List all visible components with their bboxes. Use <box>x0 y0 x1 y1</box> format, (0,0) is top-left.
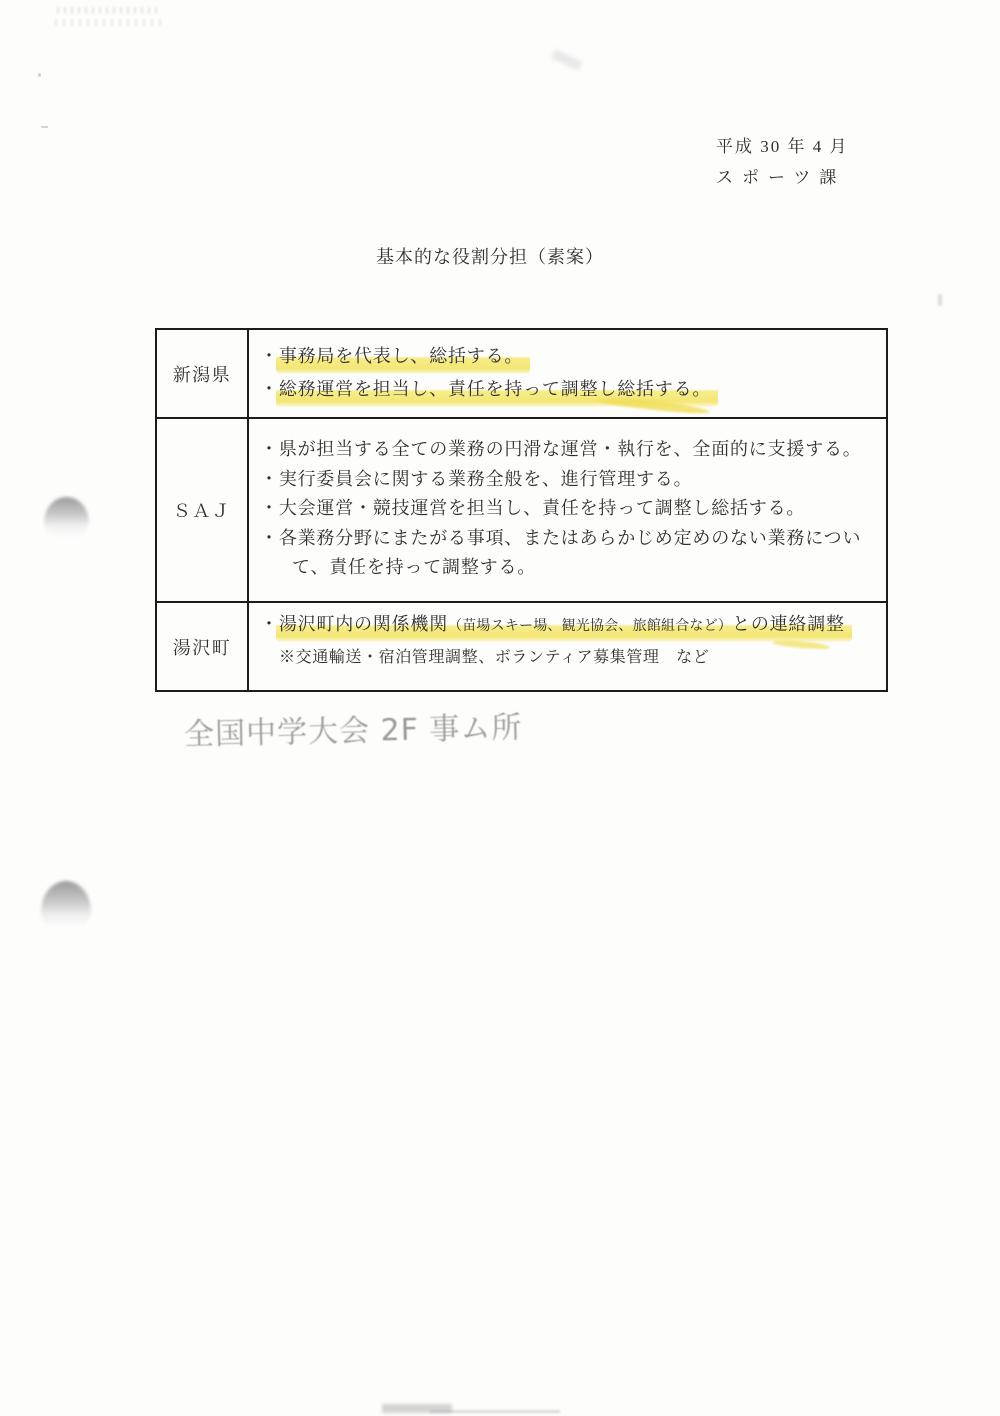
scan-smudge <box>938 294 942 306</box>
bullet-line: ・総務運営を担当し、責任を持って調整し総括する。 <box>260 373 876 406</box>
bullet-marker: ・ <box>260 528 279 548</box>
punch-hole-shadow <box>44 497 89 538</box>
org-label: ＳＡＪ <box>173 497 232 523</box>
table-row-saj: ＳＡＪ ・県が担当する全ての業務の円滑な運営・執行を、全面的に支援する。 ・実行… <box>157 419 886 603</box>
bullet-marker: ・ <box>260 469 279 489</box>
bullet-text-main: 湯沢町内の関係機関 <box>279 614 448 634</box>
doc-header: 平成 30 年 4 月 スポーツ課 <box>716 131 849 193</box>
content-cell: ・県が担当する全ての業務の円滑な運営・執行を、全面的に支援する。 ・実行委員会に… <box>249 419 886 601</box>
bullet-marker: ・ <box>260 498 279 518</box>
scan-noise <box>57 7 157 14</box>
org-label: 湯沢町 <box>173 634 232 660</box>
bullet-line: ・各業務分野にまたがる事項、またはあらかじめ定めのない業務について、責任を持って… <box>260 524 876 583</box>
table-row-niigata: 新潟県 ・事務局を代表し、総括する。 ・総務運営を担当し、責任を持って調整し総括… <box>157 330 886 419</box>
org-cell-yuzawa: 湯沢町 <box>157 603 249 690</box>
scan-speck <box>41 126 48 128</box>
bullet-line: ・県が担当する全ての業務の円滑な運営・執行を、全面的に支援する。 <box>260 435 876 465</box>
note-text: 交通輸送・宿泊管理調整、ボランティア募集管理 など <box>296 649 710 666</box>
highlighted-text: 湯沢町内の関係機関（苗場スキー場、観光協会、旅館組合など）との連絡調整 <box>276 612 852 642</box>
org-cell-niigata: 新潟県 <box>157 330 249 417</box>
bullet-text: 各業務分野にまたがる事項、またはあらかじめ定めのない業務について、責任を持って調… <box>279 528 861 578</box>
scan-speck <box>38 73 41 77</box>
scan-smudge <box>430 1410 560 1413</box>
note-marker: ※ <box>279 649 296 666</box>
roles-table: 新潟県 ・事務局を代表し、総括する。 ・総務運営を担当し、責任を持って調整し総括… <box>155 328 888 692</box>
note-line: ※交通輸送・宿泊管理調整、ボランティア募集管理 など <box>279 642 876 673</box>
header-date: 平成 30 年 4 月 <box>716 131 849 162</box>
org-label: 新潟県 <box>173 361 232 387</box>
bullet-marker: ・ <box>260 439 279 459</box>
bullet-text: 大会運営・競技運営を担当し、責任を持って調整し総括する。 <box>279 498 805 518</box>
header-department: スポーツ課 <box>716 162 849 193</box>
bullet-text-paren: （苗場スキー場、観光協会、旅館組合など） <box>448 619 732 634</box>
doc-title: 基本的な役割分担（素案） <box>0 243 990 269</box>
bullet-line: ・実行委員会に関する業務全般を、進行管理する。 <box>260 465 876 495</box>
scan-smudge <box>551 49 582 71</box>
bullet-text-tail: との連絡調整 <box>732 614 845 634</box>
handwritten-note: 全国中学大会 2F 事ム所 <box>184 702 523 753</box>
highlighted-text: 事務局を代表し、総括する。 <box>276 344 530 374</box>
scan-noise <box>55 19 163 26</box>
punch-hole-shadow <box>41 881 91 930</box>
content-cell: ・事務局を代表し、総括する。 ・総務運営を担当し、責任を持って調整し総括する。 <box>249 330 886 417</box>
org-cell-saj: ＳＡＪ <box>157 419 249 601</box>
table-row-yuzawa: 湯沢町 ・湯沢町内の関係機関（苗場スキー場、観光協会、旅館組合など）との連絡調整… <box>157 603 886 690</box>
bullet-text: 実行委員会に関する業務全般を、進行管理する。 <box>279 469 693 489</box>
bullet-line: ・事務局を代表し、総括する。 <box>260 340 876 373</box>
bullet-text: 県が担当する全ての業務の円滑な運営・執行を、全面的に支援する。 <box>279 439 862 459</box>
scanned-document-page: 平成 30 年 4 月 スポーツ課 基本的な役割分担（素案） 新潟県 ・事務局を… <box>0 0 1000 1416</box>
bullet-line: ・大会運営・競技運営を担当し、責任を持って調整し総括する。 <box>260 494 876 524</box>
bullet-line: ・湯沢町内の関係機関（苗場スキー場、観光協会、旅館組合など）との連絡調整 <box>260 609 876 642</box>
